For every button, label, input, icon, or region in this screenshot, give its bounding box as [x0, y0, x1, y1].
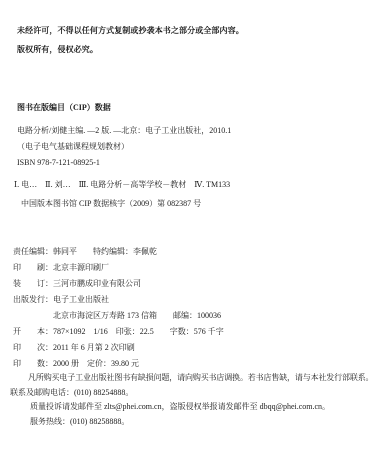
publisher-address-line: 北京市海淀区万寿路 173 信箱 邮编：100036 — [13, 308, 224, 324]
contact-phone-line: 联系及邮购电话：(010) 88254888。 — [10, 386, 373, 401]
copyright-warning-line: 未经许可，不得以任何方式复制或抄袭本书之部分或全部内容。 — [17, 21, 244, 40]
printer-line: 印 刷：北京丰源印刷厂 — [13, 260, 224, 276]
all-rights-reserved-line: 版权所有，侵权必究。 — [17, 40, 244, 59]
copyright-notice: 未经许可，不得以任何方式复制或抄袭本书之部分或全部内容。 版权所有，侵权必究。 — [17, 21, 244, 59]
print-run-line: 印 次：2011 年 6 月第 2 次印刷 — [13, 340, 224, 356]
cip-data-block: 图书在版编目（CIP）数据 电路分析/刘健主编. —2 版. —北京：电子工业出… — [17, 100, 231, 212]
format-line: 开 本：787×1092 1/16 印张：22.5 字数：576 千字 — [13, 324, 224, 340]
editors-line: 责任编辑：韩同平 特约编辑：李佩乾 — [13, 244, 224, 260]
cip-series-line: （电子电气基础课程规划教材） — [17, 139, 231, 155]
imprint-block: 责任编辑：韩同平 特约编辑：李佩乾 印 刷：北京丰源印刷厂 装 订：三河市鹏成印… — [13, 244, 224, 372]
service-hotline-line: 服务热线：(010) 88258888。 — [10, 415, 373, 430]
publisher-line: 出版发行：电子工业出版社 — [13, 292, 224, 308]
complaint-email-line: 质量投诉请发邮件至 zlts@phei.com.cn，盗版侵权举报请发邮件至 d… — [10, 400, 373, 415]
cip-record-number-line: 中国版本图书馆 CIP 数据核字（2009）第 082387 号 — [17, 196, 231, 212]
service-info-block: 凡所购买电子工业出版社图书有缺损问题，请向购买书店调换。若书店售缺，请与本社发行… — [10, 371, 373, 429]
binder-line: 装 订：三河市鹏成印业有限公司 — [13, 276, 224, 292]
cip-entry-line: 电路分析/刘健主编. —2 版. —北京：电子工业出版社，2010.1 — [17, 123, 231, 139]
copyright-page: 未经许可，不得以任何方式复制或抄袭本书之部分或全部内容。 版权所有，侵权必究。 … — [0, 0, 375, 456]
copies-price-line: 印 数：2000 册 定价：39.80 元 — [13, 356, 224, 372]
exchange-policy-line: 凡所购买电子工业出版社图书有缺损问题，请向购买书店调换。若书店售缺，请与本社发行… — [10, 371, 373, 386]
cip-header: 图书在版编目（CIP）数据 — [17, 100, 231, 116]
cip-classification-line: Ⅰ. 电… Ⅱ. 刘… Ⅲ. 电路分析－高等学校－教材 Ⅳ. TM133 — [14, 177, 231, 193]
cip-isbn-line: ISBN 978-7-121-08925-1 — [17, 155, 231, 171]
